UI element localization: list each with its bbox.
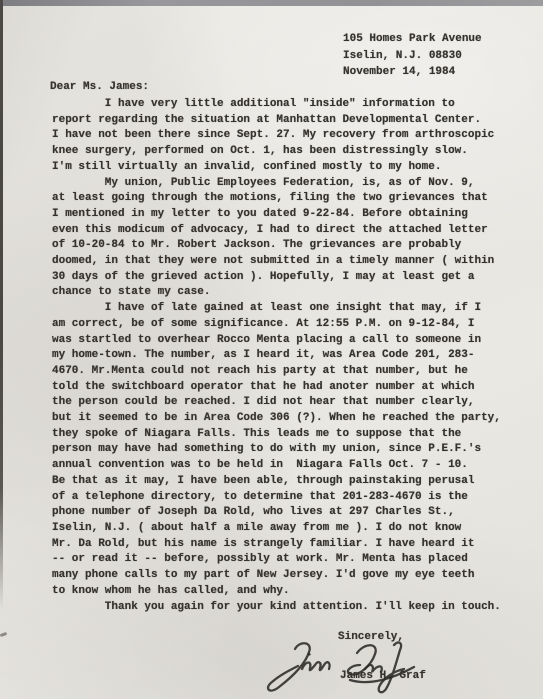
letter-page: 105 Homes Park Avenue Iselin, N.J. 08830… [0, 0, 543, 699]
typed-signature-name: James H. Graf [340, 669, 426, 685]
return-address: 105 Homes Park Avenue Iselin, N.J. 08830… [343, 31, 482, 81]
handwritten-signature-icon [262, 639, 427, 697]
salutation: Dear Ms. James: [50, 80, 149, 96]
letter-body: I have very little additional "inside" i… [52, 97, 501, 615]
scan-edge-top [0, 0, 543, 6]
left-margin-mark [0, 632, 7, 637]
scan-edge-left [0, 0, 3, 610]
